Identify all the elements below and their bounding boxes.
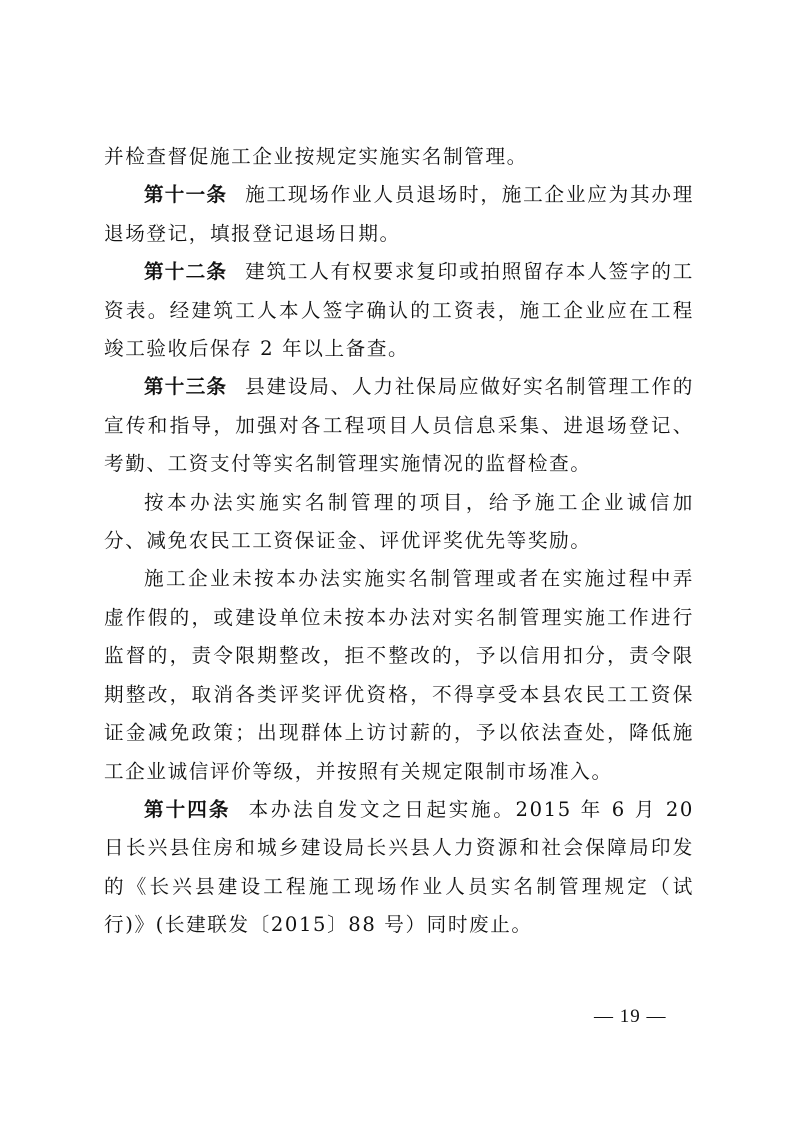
paragraph-text: 施工企业未按本办法实施实名制管理或者在实施过程中弄虚作假的，或建设单位未按本办法… bbox=[104, 567, 694, 782]
page-number: — 19 — bbox=[594, 1006, 667, 1028]
article-heading: 第十一条 bbox=[144, 183, 227, 206]
article-11: 第十一条施工现场作业人员退场时，施工企业应为其办理退场登记，填报登记退场日期。 bbox=[104, 176, 694, 253]
article-heading: 第十四条 bbox=[144, 798, 231, 821]
paragraph-penalties: 施工企业未按本办法实施实名制管理或者在实施过程中弄虚作假的，或建设单位未按本办法… bbox=[104, 560, 694, 790]
article-heading: 第十二条 bbox=[144, 260, 227, 283]
article-heading: 第十三条 bbox=[144, 375, 227, 398]
article-13: 第十三条县建设局、人力社保局应做好实名制管理工作的宣传和指导，加强对各工程项目人… bbox=[104, 368, 694, 483]
paragraph-continuation: 并检查督促施工企业按规定实施实名制管理。 bbox=[104, 138, 694, 176]
paragraph-text: 按本办法实施实名制管理的项目，给予施工企业诚信加分、减免农民工工资保证金、评优评… bbox=[104, 491, 694, 552]
paragraph-text: 并检查督促施工企业按规定实施实名制管理。 bbox=[104, 145, 528, 168]
article-14: 第十四条本办法自发文之日起实施。2015 年 6 月 20 日长兴县住房和城乡建… bbox=[104, 791, 694, 945]
paragraph-rewards: 按本办法实施实名制管理的项目，给予施工企业诚信加分、减免农民工工资保证金、评优评… bbox=[104, 484, 694, 561]
article-12: 第十二条建筑工人有权要求复印或拍照留存本人签字的工资表。经建筑工人本人签字确认的… bbox=[104, 253, 694, 368]
document-body: 并检查督促施工企业按规定实施实名制管理。 第十一条施工现场作业人员退场时，施工企… bbox=[104, 138, 694, 945]
